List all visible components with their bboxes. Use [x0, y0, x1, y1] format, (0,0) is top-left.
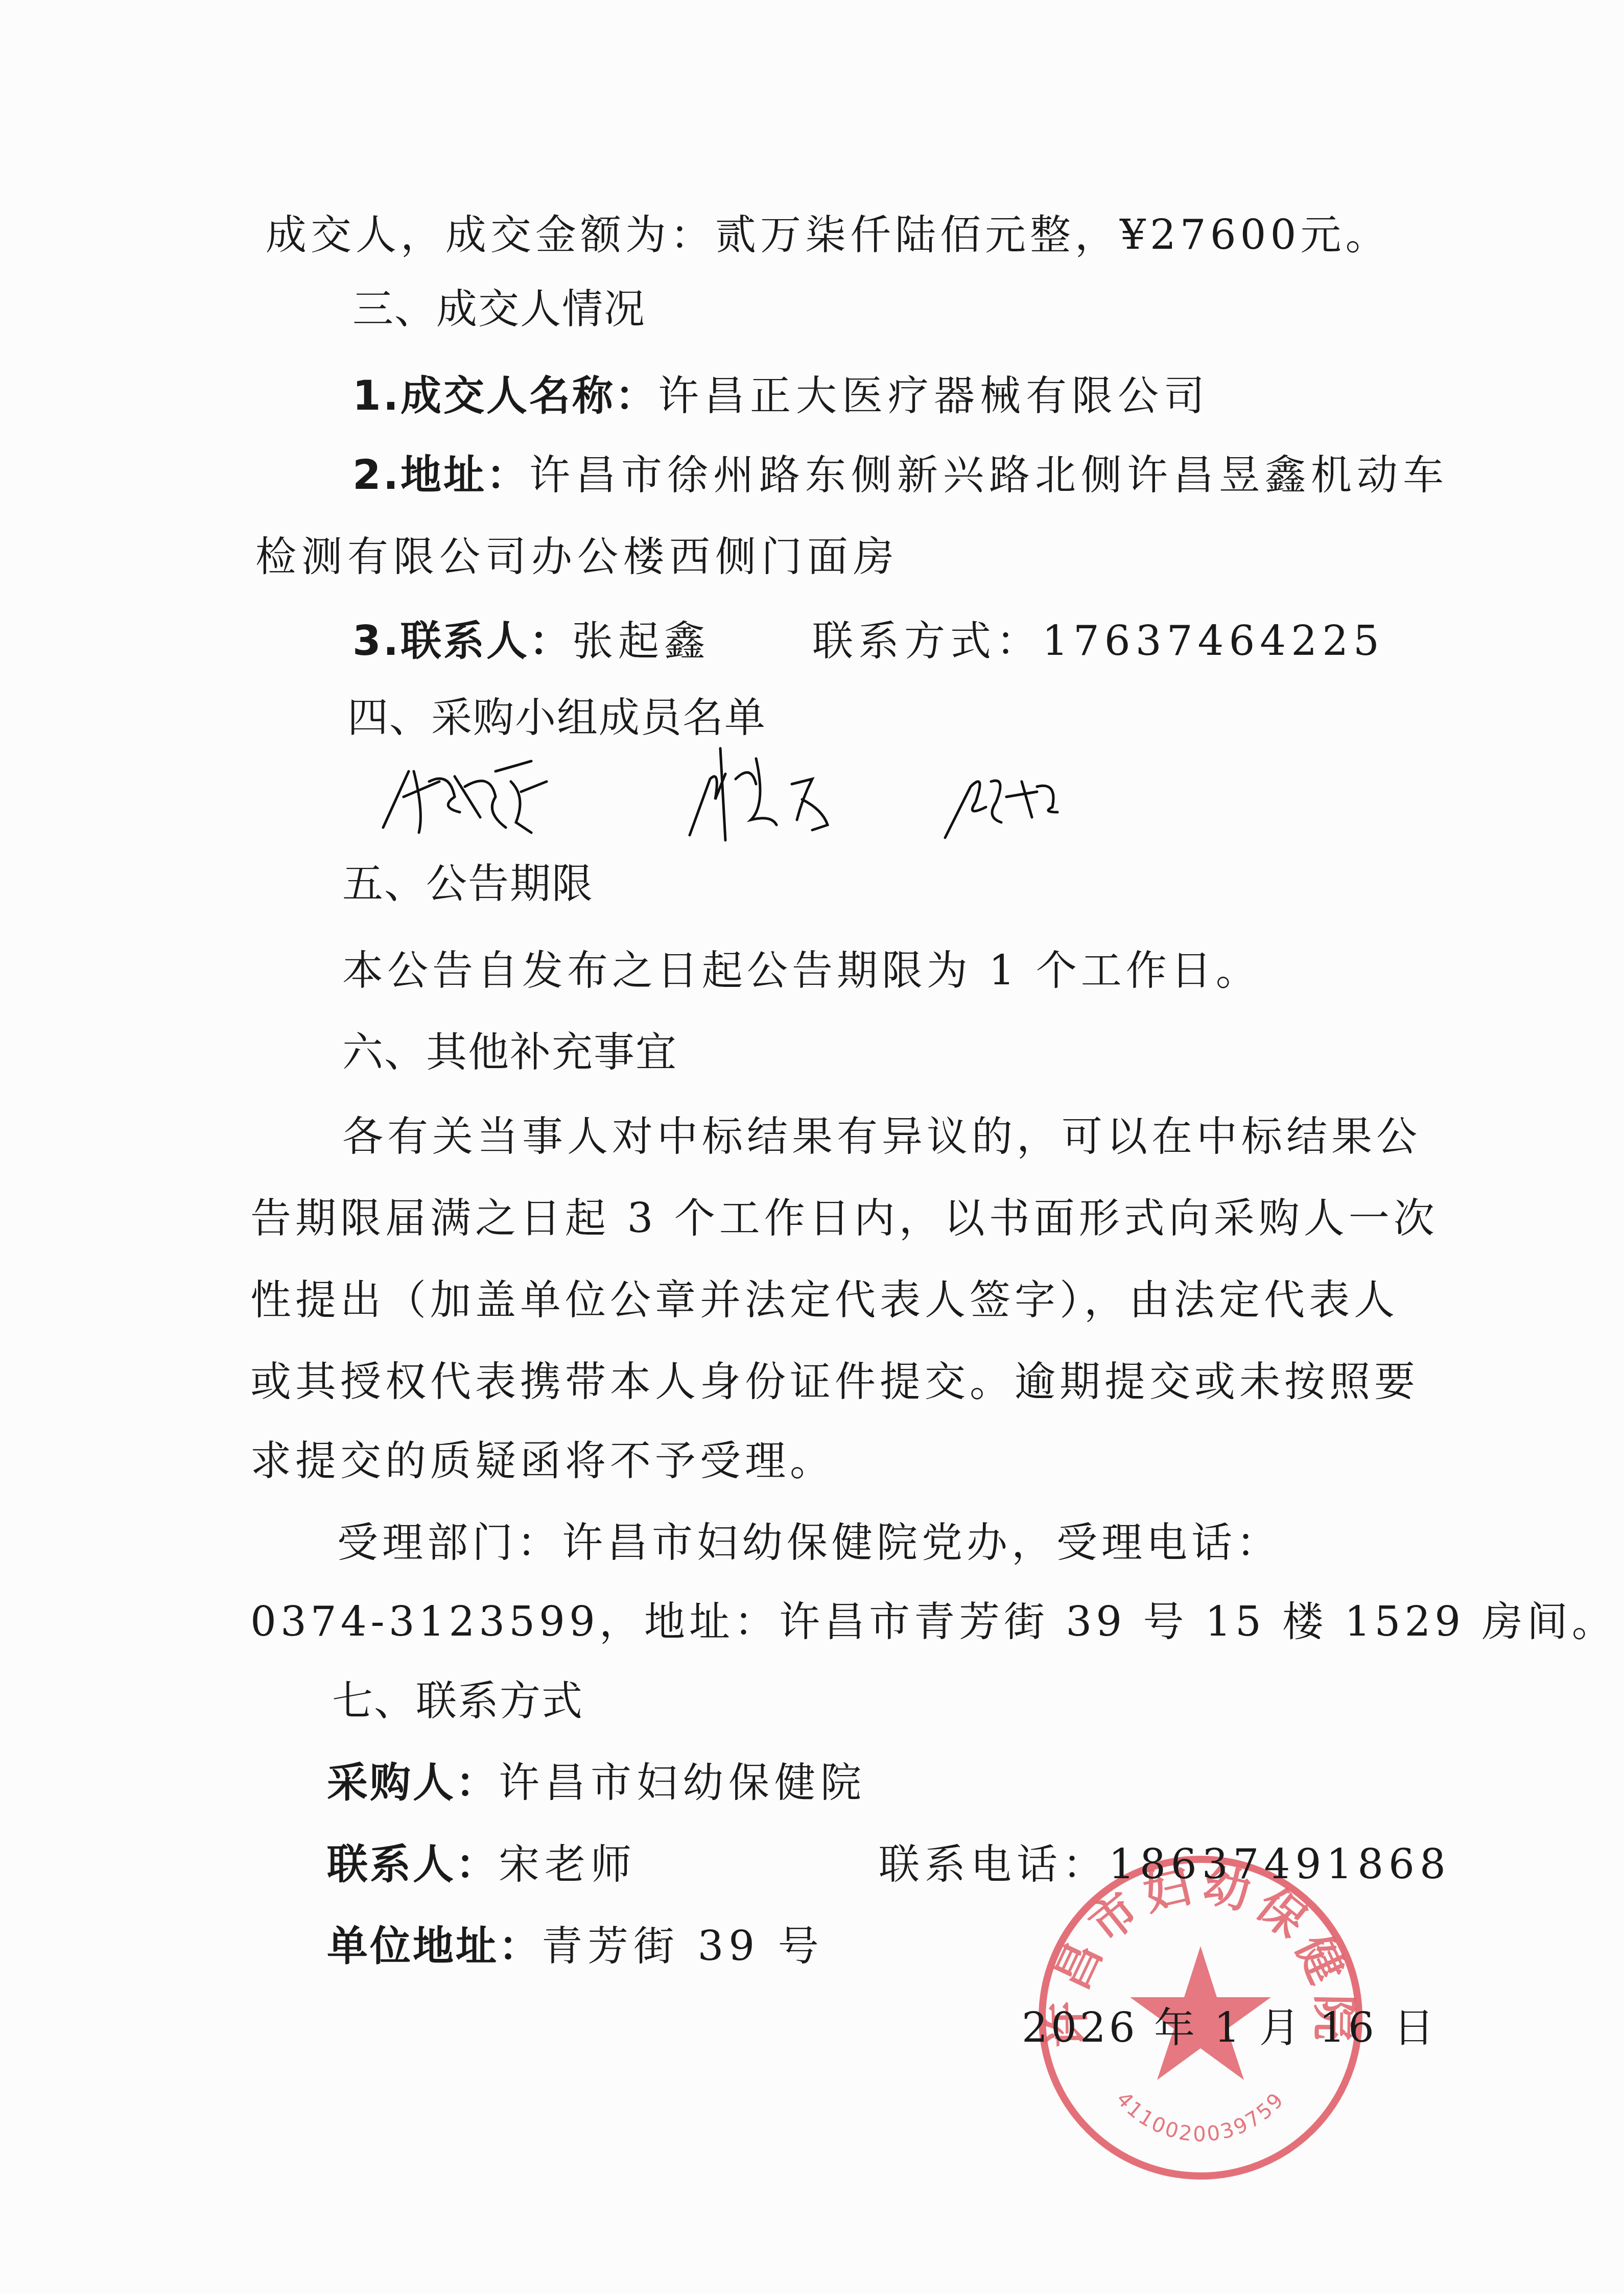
- winner-address-value-line1: 许昌市徐州路东侧新兴路北侧许昌昱鑫机动车: [529, 451, 1449, 499]
- winner-address-value-line2: 检测有限公司办公楼西侧门面房: [255, 531, 899, 582]
- purchaser-address-value: 青芳街 39 号: [542, 1922, 824, 1970]
- section-heading-period: 五、公告期限: [342, 858, 594, 909]
- purchaser-label: 采购人：: [327, 1759, 499, 1806]
- winner-name-row: 1.成交人名称：许昌正大医疗器械有限公司: [352, 370, 1210, 421]
- section-heading-other: 六、其他补充事宜: [342, 1027, 677, 1078]
- purchaser-contact-value: 宋老师: [499, 1840, 637, 1888]
- signature-3: [935, 756, 1078, 843]
- signature-2: [679, 743, 863, 845]
- purchaser-address-row: 单位地址：青芳街 39 号: [327, 1921, 824, 1972]
- signature-1: [378, 751, 572, 838]
- document-page: 成交人，成交金额为：贰万柒仟陆佰元整，¥27600元。 三、成交人情况 1.成交…: [0, 0, 1624, 2294]
- other-para2-line2: 0374-3123599，地址：许昌市青芳街 39 号 15 楼 1529 房间…: [250, 1596, 1617, 1647]
- svg-text:4110020039759: 4110020039759: [1112, 2088, 1289, 2146]
- purchaser-row: 采购人：许昌市妇幼保健院: [327, 1757, 866, 1808]
- winner-contact-row: 3.联系人：张起鑫联系方式：17637464225: [352, 616, 1384, 667]
- other-para2-line1: 受理部门：许昌市妇幼保健院党办，受理电话：: [337, 1517, 1281, 1568]
- seal-code: 4110020039759: [1112, 2088, 1289, 2146]
- section-heading-contact: 七、联系方式: [332, 1675, 583, 1727]
- other-para1-line5: 求提交的质疑函将不予受理。: [250, 1435, 835, 1486]
- winner-phone-value: 17637464225: [1042, 617, 1384, 665]
- purchaser-value: 许昌市妇幼保健院: [499, 1759, 866, 1806]
- other-para1-line3: 性提出（加盖单位公章并法定代表人签字），由法定代表人: [250, 1274, 1399, 1326]
- other-para1-line1: 各有关当事人对中标结果有异议的，可以在中标结果公: [342, 1111, 1421, 1162]
- section-heading-winner: 三、成交人情况: [352, 283, 646, 335]
- award-amount-line: 成交人，成交金额为：贰万柒仟陆佰元整，¥27600元。: [266, 209, 1390, 261]
- purchaser-contact-row: 联系人：宋老师: [327, 1839, 637, 1890]
- other-para1-line4: 或其授权代表携带本人身份证件提交。逾期提交或未按照要: [250, 1356, 1419, 1407]
- winner-address-row: 2.地址：许昌市徐州路东侧新兴路北侧许昌昱鑫机动车: [352, 450, 1449, 501]
- purchaser-phone-row: 联系电话：18637491868: [879, 1839, 1451, 1890]
- period-body: 本公告自发布之日起公告期限为 1 个工作日。: [342, 945, 1261, 996]
- winner-contact-label: 3.联系人：: [352, 617, 572, 665]
- winner-address-label: 2.地址：: [352, 451, 529, 499]
- other-para1-line2: 告期限届满之日起 3 个工作日内，以书面形式向采购人一次: [250, 1193, 1439, 1244]
- winner-phone-label: 联系方式：: [812, 617, 1042, 665]
- purchaser-phone-label: 联系电话：: [879, 1840, 1109, 1888]
- section-heading-team: 四、采购小组成员名单: [347, 692, 766, 743]
- purchaser-phone-value: 18637491868: [1109, 1840, 1451, 1888]
- purchaser-contact-label: 联系人：: [327, 1840, 499, 1888]
- winner-contact-value: 张起鑫: [572, 617, 710, 665]
- winner-name-value: 许昌正大医疗器械有限公司: [658, 372, 1210, 419]
- document-date: 2026 年 1 月 16 日: [1022, 2002, 1437, 2053]
- winner-name-label: 1.成交人名称：: [352, 372, 658, 419]
- purchaser-address-label: 单位地址：: [327, 1922, 542, 1970]
